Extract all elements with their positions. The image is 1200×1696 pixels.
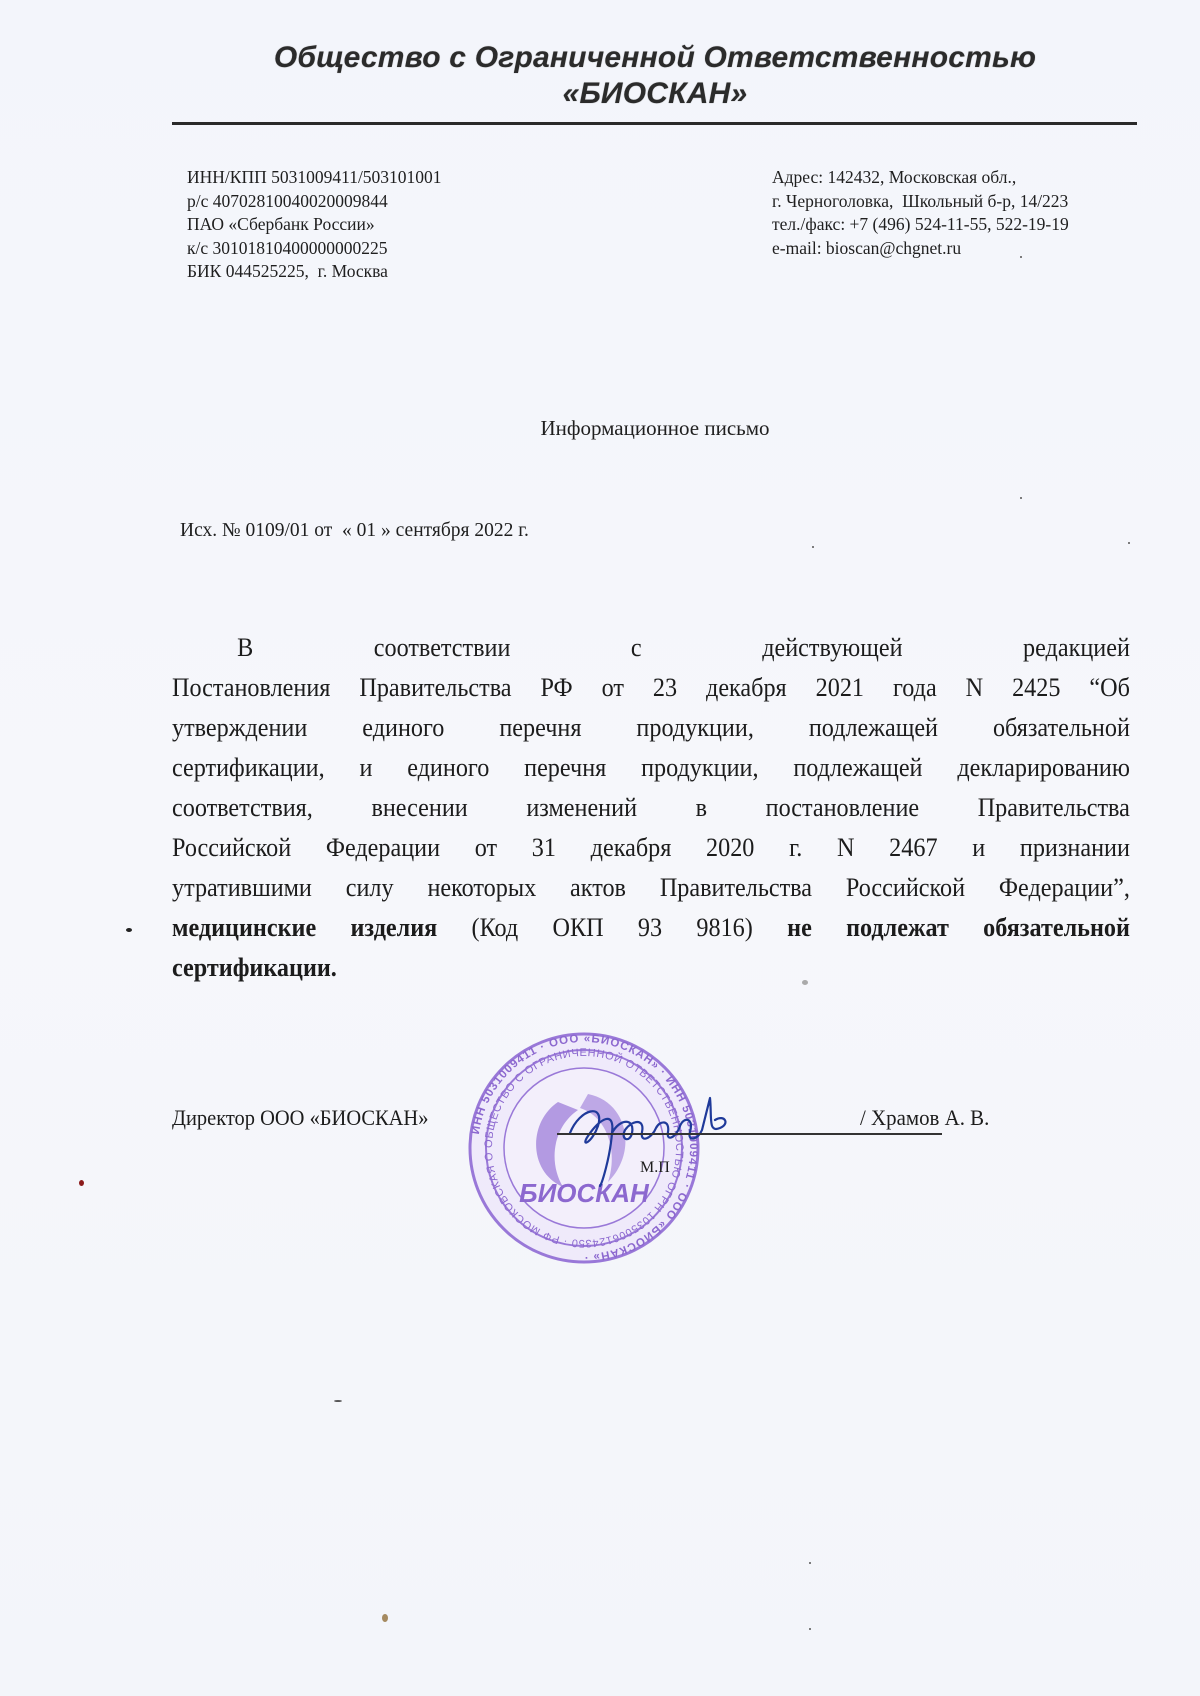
document-title: Информационное письмо — [0, 416, 1200, 441]
letter-body: В соответствии с действующей редакцией П… — [172, 628, 1130, 988]
scan-speck — [382, 1614, 388, 1622]
scan-speck — [79, 1180, 84, 1186]
director-name: / Храмов А. В. — [860, 1105, 989, 1131]
body-line-5: соответствия, внесении изменений в поста… — [172, 788, 1130, 828]
scan-speck — [802, 980, 808, 985]
letterhead-company-name: Общество с Ограниченной Ответственностью… — [170, 40, 1140, 112]
address-line2: г. Черноголовка, Школьный б-р, 14/223 — [772, 190, 1069, 214]
scan-speck — [1128, 542, 1130, 544]
letterhead-divider — [172, 122, 1137, 125]
email: e-mail: bioscan@chgnet.ru — [772, 237, 1069, 261]
scan-speck — [1020, 497, 1022, 499]
scan-speck — [809, 1562, 811, 1564]
body-line-4: сертификации, и единого перечня продукци… — [172, 748, 1130, 788]
bold-certification: сертификации. — [172, 953, 337, 982]
okp-code: (Код ОКП 93 9816) — [472, 913, 753, 942]
body-line-1: В соответствии с действующей редакцией — [172, 628, 1130, 668]
bank-name: ПАО «Сбербанк России» — [187, 213, 442, 237]
address-line1: Адрес: 142432, Московская обл., — [772, 166, 1069, 190]
body-line-3: утверждении единого перечня продукции, п… — [172, 708, 1130, 748]
body-line-9: сертификации. — [172, 948, 1130, 988]
bik: БИК 044525225, г. Москва — [187, 260, 442, 284]
bank-requisites: ИНН/КПП 5031009411/503101001 р/с 4070281… — [187, 166, 442, 284]
company-address: Адрес: 142432, Московская обл., г. Черно… — [772, 166, 1069, 260]
body-line-8: медицинские изделия (Код ОКП 93 9816) не… — [172, 908, 1130, 948]
scan-speck — [1020, 256, 1022, 258]
scan-speck — [812, 546, 814, 548]
inn-kpp: ИНН/КПП 5031009411/503101001 — [187, 166, 442, 190]
bold-medical-devices: медицинские изделия — [172, 913, 437, 942]
correspondent-account: к/с 30101810400000000225 — [187, 237, 442, 261]
signature-line — [557, 1133, 942, 1135]
letter-page: Общество с Ограниченной Ответственностью… — [0, 0, 1200, 1696]
body-line-6: Российской Федерации от 31 декабря 2020 … — [172, 828, 1130, 868]
director-title: Директор ООО «БИОСКАН» — [172, 1105, 428, 1131]
body-line-2: Постановления Правительства РФ от 23 дек… — [172, 668, 1130, 708]
scan-speck — [334, 1400, 342, 1402]
scan-speck — [809, 1628, 811, 1630]
scan-speck — [126, 928, 132, 932]
body-line-7: утратившими силу некоторых актов Правите… — [172, 868, 1130, 908]
bold-not-subject: не подлежат обязательной — [787, 913, 1130, 942]
seal-mark-label: М.П — [640, 1159, 670, 1177]
company-name-line2: «БИОСКАН» — [170, 76, 1140, 112]
phone-fax: тел./факс: +7 (496) 524-11-55, 522-19-19 — [772, 213, 1069, 237]
outgoing-reference: Исх. № 0109/01 от « 01 » сентября 2022 г… — [180, 520, 529, 542]
company-name-line1: Общество с Ограниченной Ответственностью — [170, 40, 1140, 76]
settlement-account: р/с 40702810040020009844 — [187, 190, 442, 214]
